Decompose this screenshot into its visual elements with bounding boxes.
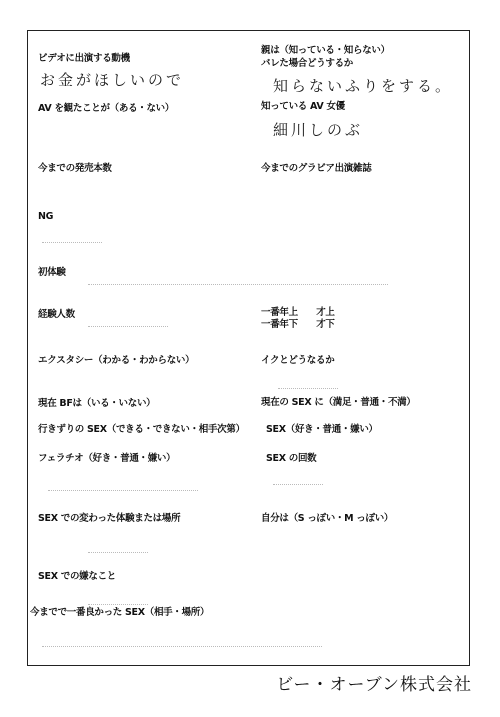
answer-partner-count-omitted [88,315,168,334]
questionnaire-form: ビデオに出演する動機 お金がほしいので AV を観たことが（ある・ない） 今まで… [27,30,470,666]
label-ecstasy: エクスタシー（わかる・わからない） [38,355,194,367]
label-ng: NG [38,211,53,223]
label-gravure-magazines: 今までのグラビア出演雑誌 [261,163,371,175]
answer-first-experience-omitted [88,273,388,292]
label-sex-preference: SEX（好き・普通・嫌い） [266,424,378,436]
answer-climax-reaction-omitted [278,377,338,396]
answer-unusual-experience-omitted [88,541,148,560]
company-name: ビー・オーブン株式会社 [276,670,472,695]
answer-known-actress: 細川しのぶ [273,121,363,139]
label-unusual-experience: SEX での変わった体験または場所 [38,513,180,525]
label-casual-sex: 行きずりの SEX（できる・できない・相手次第） [38,424,245,436]
label-fellatio: フェラチオ（好き・普通・嫌い） [38,453,175,465]
answer-if-discovered: 知らないふりをする。 [273,77,453,95]
label-satisfaction: 現在の SEX に（満足・普通・不満） [261,397,416,409]
answer-frequency-omitted [273,473,323,492]
label-youngest-partner: 一番年下 才下 [261,319,335,331]
label-partner-count: 経験人数 [38,309,75,321]
label-frequency: SEX の回数 [266,453,316,465]
label-boyfriend: 現在 BFは（いる・いない） [38,398,155,410]
answer-motivation: お金がほしいので [40,71,184,89]
label-motivation: ビデオに出演する動機 [38,53,130,65]
label-known-actress: 知っている AV 女優 [261,101,345,113]
answer-best-experience-omitted [42,635,322,654]
label-best-experience: 今までで一番良かった SEX（相手・場所） [30,607,209,619]
label-dislikes: SEX での嫌なこと [38,571,116,583]
label-watched-av: AV を観たことが（ある・ない） [38,103,174,115]
label-if-discovered: バレた場合どうするか [261,58,353,70]
label-first-experience: 初体験 [38,267,66,279]
label-climax-reaction: イクとどうなるか [261,355,334,367]
label-parents-know: 親は（知っている・知らない） [261,45,390,57]
answer-fellatio-omitted [48,479,198,498]
label-s-or-m: 自分は（S っぽい・M っぽい） [261,513,393,525]
label-oldest-partner: 一番年上 才上 [261,307,335,319]
answer-ng-omitted [42,231,102,250]
label-release-count: 今までの発売本数 [38,163,112,175]
